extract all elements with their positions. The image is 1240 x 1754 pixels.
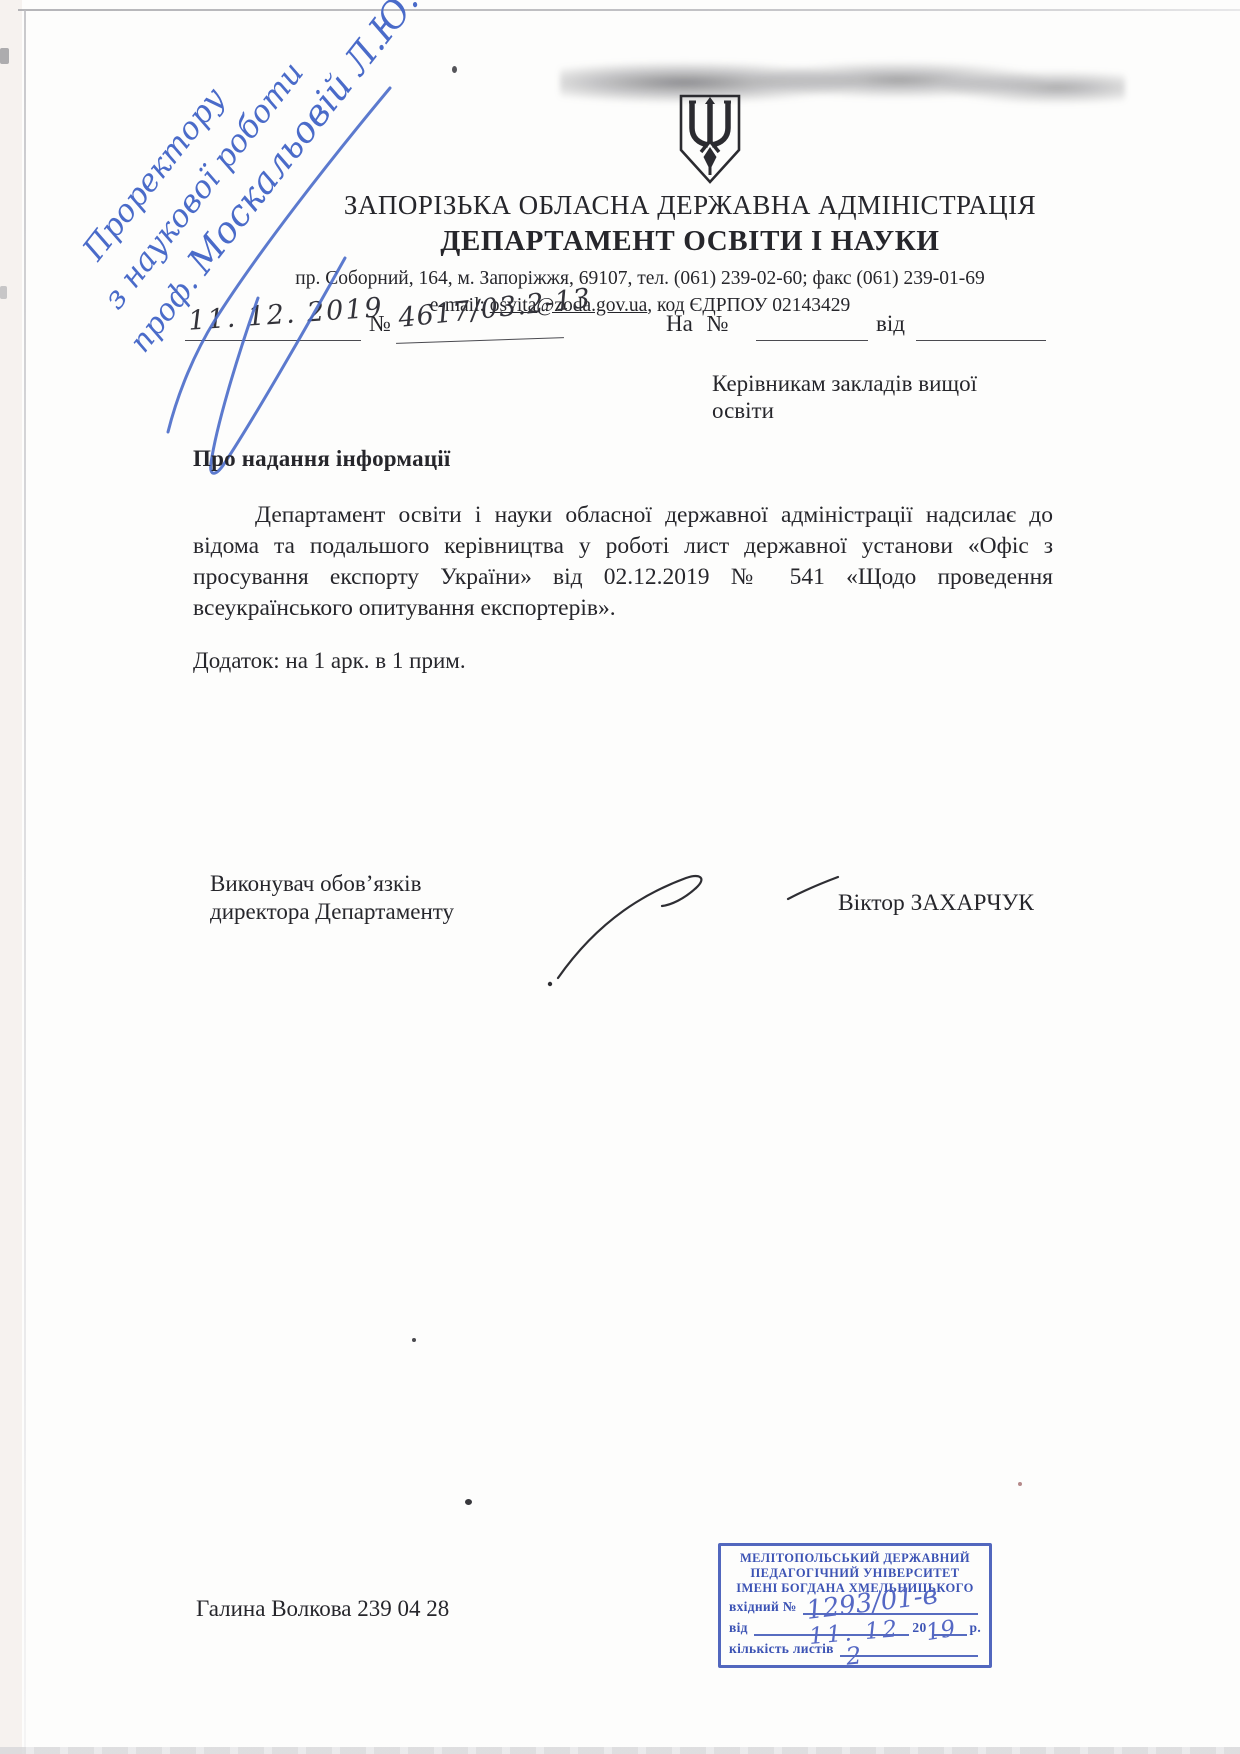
reply-date-label: від	[876, 311, 905, 337]
stamp-handwritten-year: 19	[924, 1616, 957, 1646]
scanned-letter-page: ЗАПОРІЗЬКА ОБЛАСНА ДЕРЖАВНА АДМІНІСТРАЦІ…	[0, 0, 1240, 1754]
stamp-org-line1: МЕЛІТОПОЛЬСЬКИЙ ДЕРЖАВНИЙ	[729, 1551, 981, 1566]
addressee-block: Керівникам закладів вищої освіти	[712, 370, 977, 424]
signer-title-line1: Виконувач обов’язків	[210, 870, 454, 898]
reply-number-blank	[756, 340, 868, 341]
addressee-line1: Керівникам закладів вищої	[712, 370, 977, 397]
reply-to-number-label: На №	[666, 311, 729, 337]
attachment-line: Додаток: на 1 арк. в 1 прим.	[193, 648, 466, 674]
ink-speck	[465, 1499, 472, 1505]
signer-title-line2: директора Департаменту	[210, 898, 454, 926]
scan-smudge	[560, 60, 1125, 110]
addressee-line2: освіти	[712, 397, 977, 424]
ink-speck	[1018, 1482, 1022, 1486]
body-paragraph: Департамент освіти і науки обласної держ…	[193, 500, 1053, 624]
stamp-org-line2: ПЕДАГОГІЧНИЙ УНІВЕРСИТЕТ	[729, 1566, 981, 1581]
stamp-date-label: від	[729, 1620, 748, 1636]
handwritten-signature	[520, 850, 860, 1000]
executor-contact: Галина Волкова 239 04 28	[196, 1596, 449, 1622]
stamp-handwritten-sheets: 2	[845, 1641, 863, 1670]
stamp-incoming-label: вхідний №	[729, 1599, 797, 1615]
signer-title: Виконувач обов’язків директора Департаме…	[210, 870, 454, 926]
blue-pen-flourish	[0, 0, 500, 520]
scan-bottom-edge	[0, 1747, 1240, 1754]
ukraine-trident-emblem-icon	[677, 93, 743, 190]
signer-name: Віктор ЗАХАРЧУК	[838, 890, 1034, 917]
incoming-registration-stamp: МЕЛІТОПОЛЬСЬКИЙ ДЕРЖАВНИЙ ПЕДАГОГІЧНИЙ У…	[718, 1543, 992, 1668]
stamp-year-suffix: р.	[970, 1620, 981, 1636]
subject-line: Про надання інформації	[193, 446, 450, 472]
ink-speck	[412, 1338, 416, 1342]
reply-date-blank	[916, 340, 1046, 341]
